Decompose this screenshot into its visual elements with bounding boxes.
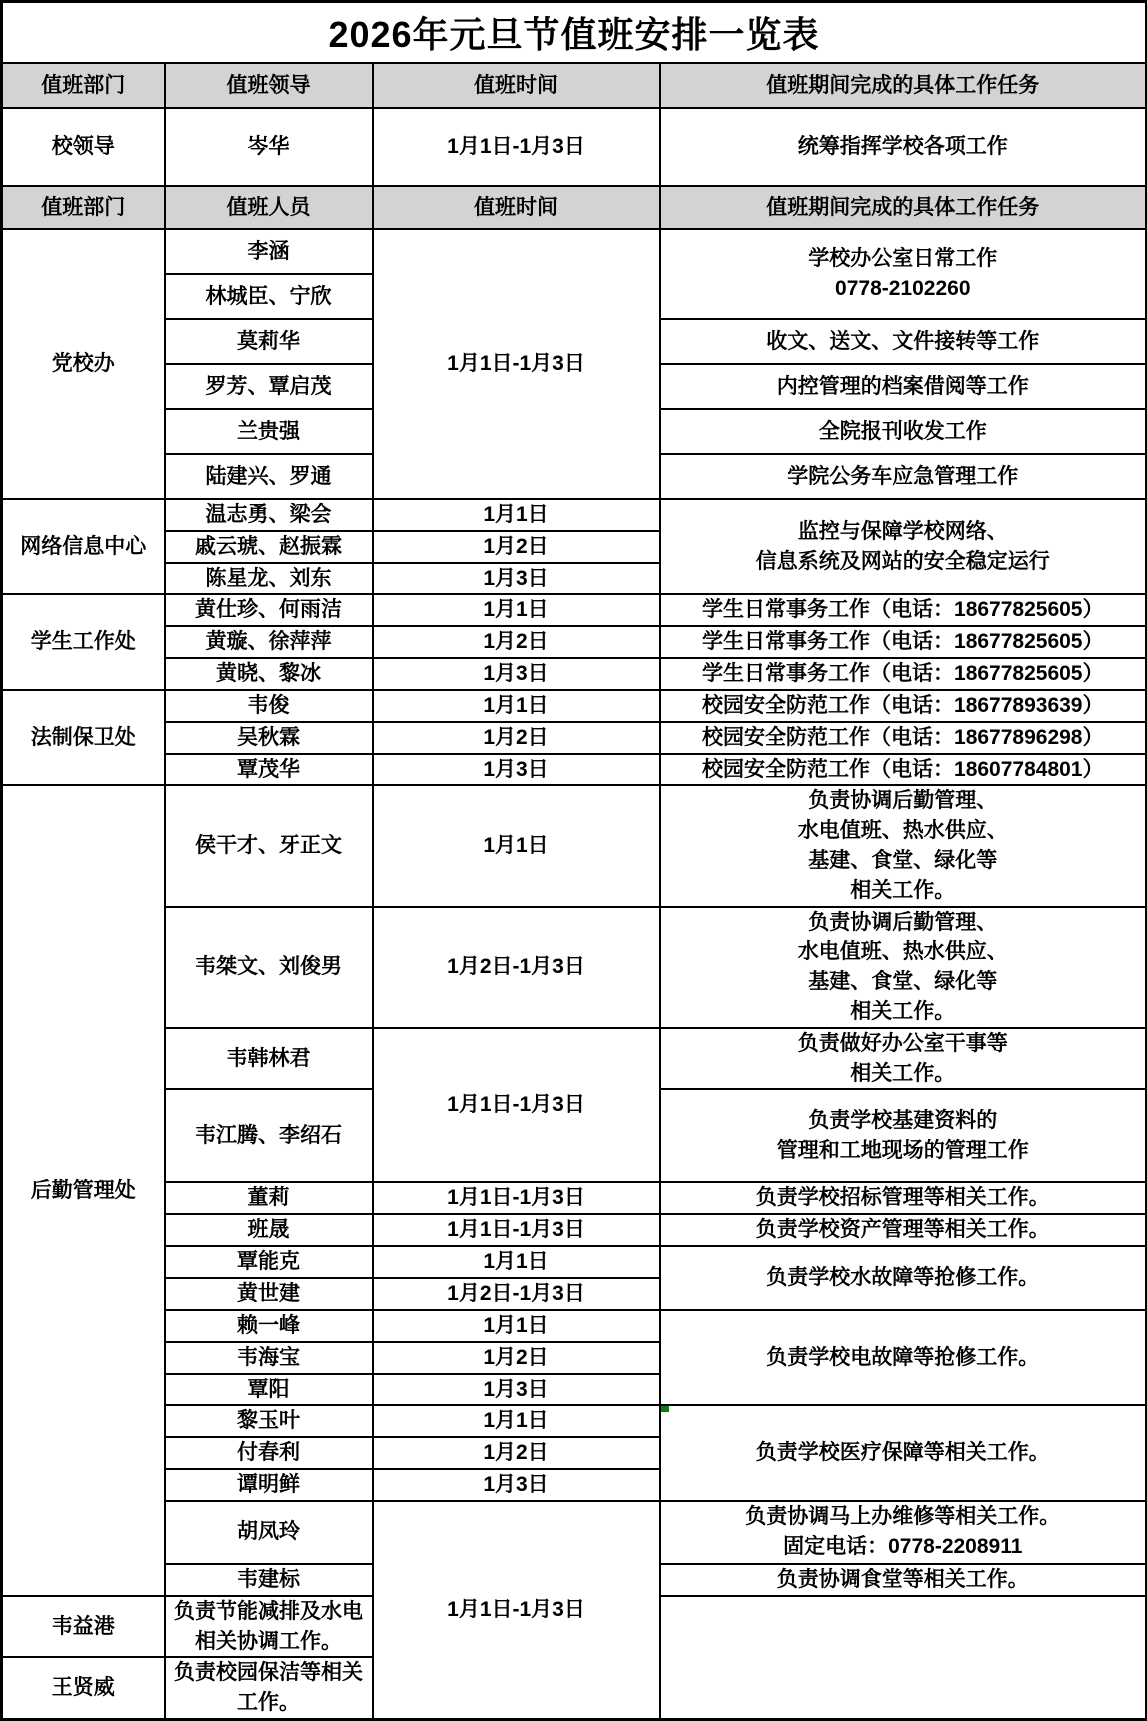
person-cell: 董莉 bbox=[165, 1182, 373, 1214]
task-cell: 负责做好办公室干事等 相关工作。 bbox=[660, 1028, 1147, 1090]
task-cell: 内控管理的档案借阅等工作 bbox=[660, 364, 1147, 409]
person-text: 董莉 bbox=[248, 1183, 290, 1213]
time-text: 值班时间 bbox=[474, 193, 558, 223]
person-text: 覃茂华 bbox=[237, 755, 300, 785]
person-cell: 胡凤玲 bbox=[165, 1501, 373, 1564]
task-text: 学校办公室日常工作 0778-2102260 bbox=[808, 244, 997, 304]
dept-cell: 后勤管理处 bbox=[2, 785, 165, 1595]
table-row: 黄璇、徐萍萍1月2日学生日常事务工作（电话：18677825605） bbox=[2, 626, 1147, 658]
person-text: 王贤威 bbox=[52, 1673, 115, 1703]
header-task-cell: 值班期间完成的具体工作任务 bbox=[660, 186, 1147, 229]
person-text: 罗芳、覃启茂 bbox=[206, 372, 332, 402]
dept-text: 学生工作处 bbox=[31, 627, 136, 657]
person-cell: 黎玉叶 bbox=[165, 1405, 373, 1437]
task-cell: 负责节能减排及水电相关协调工作。 bbox=[165, 1596, 373, 1658]
time-text: 1月3日 bbox=[483, 659, 548, 689]
person-cell: 韦韩林君 bbox=[165, 1028, 373, 1090]
time-cell: 1月1日-1月3日 bbox=[373, 1501, 660, 1720]
header-dept-cell: 值班部门 bbox=[2, 186, 165, 229]
dept-text: 后勤管理处 bbox=[31, 1176, 136, 1206]
header-person-cell: 值班人员 bbox=[165, 186, 373, 229]
time-cell: 1月2日 bbox=[373, 1342, 660, 1374]
person-text: 韦桀文、刘俊男 bbox=[195, 952, 342, 982]
time-cell: 1月2日 bbox=[373, 1437, 660, 1469]
dept-cell: 学生工作处 bbox=[2, 594, 165, 689]
time-text: 1月3日 bbox=[483, 564, 548, 594]
time-cell: 1月1日 bbox=[373, 785, 660, 906]
task-text: 负责节能减排及水电相关协调工作。 bbox=[169, 1597, 369, 1657]
time-cell: 1月1日 bbox=[373, 1405, 660, 1437]
task-text: 校园安全防范工作（电话：18677896298） bbox=[702, 723, 1103, 753]
person-text: 戚云琥、赵振霖 bbox=[195, 532, 342, 562]
person-text: 韦海宝 bbox=[237, 1343, 300, 1373]
dept-cell: 校领导 bbox=[2, 108, 165, 186]
table-row: 覃茂华1月3日校园安全防范工作（电话：18607784801） bbox=[2, 754, 1147, 786]
person-text: 赖一峰 bbox=[237, 1311, 300, 1341]
table-row: 党校办李涵1月1日-1月3日学校办公室日常工作 0778-2102260 bbox=[2, 229, 1147, 274]
time-text: 1月2日-1月3日 bbox=[447, 952, 585, 982]
person-cell: 黄世建 bbox=[165, 1278, 373, 1310]
dept-text: 党校办 bbox=[52, 349, 115, 379]
dept-text: 校领导 bbox=[52, 132, 115, 162]
table-row: 后勤管理处侯干才、牙正文1月1日负责协调后勤管理、 水电值班、热水供应、 基建、… bbox=[2, 785, 1147, 906]
task-cell: 负责校园保洁等相关工作。 bbox=[165, 1657, 373, 1719]
duty-table: 2026年元旦节值班安排一览表 值班部门值班领导值班时间值班期间完成的具体工作任… bbox=[0, 0, 1147, 1721]
task-text: 负责协调后勤管理、 水电值班、热水供应、 基建、食堂、绿化等 相关工作。 bbox=[798, 908, 1008, 1027]
task-cell: 负责学校基建资料的 管理和工地现场的管理工作 bbox=[660, 1089, 1147, 1182]
task-cell: 负责学校招标管理等相关工作。 bbox=[660, 1182, 1147, 1214]
task-text: 学生日常事务工作（电话：18677825605） bbox=[702, 659, 1103, 689]
time-cell: 1月1日-1月3日 bbox=[373, 1182, 660, 1214]
task-text: 负责学校基建资料的 管理和工地现场的管理工作 bbox=[777, 1106, 1029, 1166]
duty-schedule-sheet: 2026年元旦节值班安排一览表 值班部门值班领导值班时间值班期间完成的具体工作任… bbox=[0, 0, 1147, 1721]
person-cell: 班晟 bbox=[165, 1214, 373, 1246]
time-text: 1月1日 bbox=[483, 500, 548, 530]
comment-marker-icon bbox=[660, 1405, 669, 1412]
person-cell: 黄璇、徐萍萍 bbox=[165, 626, 373, 658]
task-cell: 校园安全防范工作（电话：18607784801） bbox=[660, 754, 1147, 786]
time-text: 1月1日 bbox=[483, 1247, 548, 1277]
person-text: 胡凤玲 bbox=[237, 1517, 300, 1547]
task-text: 学生日常事务工作（电话：18677825605） bbox=[702, 595, 1103, 625]
person-cell: 温志勇、梁会 bbox=[165, 499, 373, 531]
person-cell: 黄仕珍、何雨洁 bbox=[165, 594, 373, 626]
person-cell: 黄晓、黎冰 bbox=[165, 658, 373, 690]
person-cell: 谭明鲜 bbox=[165, 1469, 373, 1501]
task-cell: 负责学校水故障等抢修工作。 bbox=[660, 1246, 1147, 1310]
person-text: 岑华 bbox=[248, 132, 290, 162]
person-text: 莫莉华 bbox=[237, 327, 300, 357]
person-cell: 吴秋霖 bbox=[165, 722, 373, 754]
person-cell: 陆建兴、罗通 bbox=[165, 454, 373, 499]
time-cell: 1月3日 bbox=[373, 563, 660, 595]
header-dept-cell: 值班部门 bbox=[2, 63, 165, 108]
person-text: 班晟 bbox=[248, 1215, 290, 1245]
time-cell: 1月3日 bbox=[373, 658, 660, 690]
time-cell: 1月2日 bbox=[373, 722, 660, 754]
time-cell: 1月1日-1月3日 bbox=[373, 1214, 660, 1246]
title-row: 2026年元旦节值班安排一览表 bbox=[2, 2, 1147, 64]
person-text: 黎玉叶 bbox=[237, 1406, 300, 1436]
time-text: 1月2日 bbox=[483, 1438, 548, 1468]
task-text: 负责协调食堂等相关工作。 bbox=[777, 1565, 1029, 1595]
person-cell: 韦建标 bbox=[165, 1564, 373, 1596]
person-cell: 韦益港 bbox=[2, 1596, 165, 1658]
header-row: 值班部门值班领导值班时间值班期间完成的具体工作任务 bbox=[2, 63, 1147, 108]
person-text: 值班领导 bbox=[227, 71, 311, 101]
person-cell: 赖一峰 bbox=[165, 1310, 373, 1342]
table-row: 吴秋霖1月2日校园安全防范工作（电话：18677896298） bbox=[2, 722, 1147, 754]
person-text: 黄仕珍、何雨洁 bbox=[195, 595, 342, 625]
person-cell: 韦桀文、刘俊男 bbox=[165, 907, 373, 1028]
person-cell: 岑华 bbox=[165, 108, 373, 186]
task-cell: 收文、送文、文件接转等工作 bbox=[660, 319, 1147, 364]
table-row: 覃能克1月1日负责学校水故障等抢修工作。 bbox=[2, 1246, 1147, 1278]
person-cell: 陈星龙、刘东 bbox=[165, 563, 373, 595]
task-text: 负责校园保洁等相关工作。 bbox=[169, 1658, 369, 1718]
person-text: 韦俊 bbox=[248, 691, 290, 721]
time-text: 1月3日 bbox=[483, 755, 548, 785]
task-text: 学院公务车应急管理工作 bbox=[787, 462, 1018, 492]
task-cell: 负责协调马上办维修等相关工作。 固定电话：0778-2208911 bbox=[660, 1501, 1147, 1564]
person-cell: 罗芳、覃启茂 bbox=[165, 364, 373, 409]
person-text: 林城臣、宁欣 bbox=[206, 282, 332, 312]
dept-text: 法制保卫处 bbox=[31, 723, 136, 753]
person-text: 黄世建 bbox=[237, 1279, 300, 1309]
person-text: 陆建兴、罗通 bbox=[206, 462, 332, 492]
time-cell: 1月1日 bbox=[373, 690, 660, 722]
task-text: 校园安全防范工作（电话：18677893639） bbox=[702, 691, 1103, 721]
time-text: 1月1日-1月3日 bbox=[447, 1183, 585, 1213]
task-cell: 学院公务车应急管理工作 bbox=[660, 454, 1147, 499]
header-time-cell: 值班时间 bbox=[373, 63, 660, 108]
task-text: 值班期间完成的具体工作任务 bbox=[766, 71, 1039, 101]
person-cell: 韦俊 bbox=[165, 690, 373, 722]
time-text: 1月1日-1月3日 bbox=[447, 1090, 585, 1120]
time-text: 1月1日-1月3日 bbox=[447, 1215, 585, 1245]
time-cell: 1月3日 bbox=[373, 1469, 660, 1501]
task-cell: 负责学校医疗保障等相关工作。 bbox=[660, 1405, 1147, 1500]
person-text: 韦益港 bbox=[52, 1612, 115, 1642]
task-cell: 负责协调食堂等相关工作。 bbox=[660, 1564, 1147, 1596]
task-text: 负责学校招标管理等相关工作。 bbox=[756, 1183, 1050, 1213]
table-row: 董莉1月1日-1月3日负责学校招标管理等相关工作。 bbox=[2, 1182, 1147, 1214]
table-row: 黄晓、黎冰1月3日学生日常事务工作（电话：18677825605） bbox=[2, 658, 1147, 690]
person-cell: 韦江腾、李绍石 bbox=[165, 1089, 373, 1182]
person-text: 侯干才、牙正文 bbox=[195, 831, 342, 861]
person-cell: 莫莉华 bbox=[165, 319, 373, 364]
person-text: 韦建标 bbox=[237, 1565, 300, 1595]
table-row: 胡凤玲1月1日-1月3日负责协调马上办维修等相关工作。 固定电话：0778-22… bbox=[2, 1501, 1147, 1564]
time-cell: 1月1日 bbox=[373, 1310, 660, 1342]
header-person-cell: 值班领导 bbox=[165, 63, 373, 108]
time-text: 1月2日 bbox=[483, 1343, 548, 1373]
task-cell: 校园安全防范工作（电话：18677893639） bbox=[660, 690, 1147, 722]
dept-text: 值班部门 bbox=[41, 71, 125, 101]
time-cell: 1月2日 bbox=[373, 531, 660, 563]
time-text: 1月1日 bbox=[483, 595, 548, 625]
time-cell: 1月1日-1月3日 bbox=[373, 229, 660, 499]
time-text: 1月2日-1月3日 bbox=[447, 1279, 585, 1309]
task-cell: 监控与保障学校网络、 信息系统及网站的安全稳定运行 bbox=[660, 499, 1147, 594]
task-text: 负责学校资产管理等相关工作。 bbox=[756, 1215, 1050, 1245]
person-cell: 韦海宝 bbox=[165, 1342, 373, 1374]
person-cell: 覃能克 bbox=[165, 1246, 373, 1278]
task-text: 收文、送文、文件接转等工作 bbox=[766, 327, 1039, 357]
dept-text: 网络信息中心 bbox=[20, 532, 146, 562]
task-cell: 负责协调后勤管理、 水电值班、热水供应、 基建、食堂、绿化等 相关工作。 bbox=[660, 907, 1147, 1028]
task-cell: 统筹指挥学校各项工作 bbox=[660, 108, 1147, 186]
person-cell: 戚云琥、赵振霖 bbox=[165, 531, 373, 563]
task-text: 校园安全防范工作（电话：18607784801） bbox=[702, 755, 1103, 785]
table-row: 校领导岑华1月1日-1月3日统筹指挥学校各项工作 bbox=[2, 108, 1147, 186]
time-cell: 1月1日 bbox=[373, 1246, 660, 1278]
person-cell: 覃阳 bbox=[165, 1374, 373, 1406]
time-cell: 1月3日 bbox=[373, 1374, 660, 1406]
time-text: 1月1日 bbox=[483, 831, 548, 861]
person-text: 黄璇、徐萍萍 bbox=[206, 627, 332, 657]
task-text: 值班期间完成的具体工作任务 bbox=[766, 193, 1039, 223]
person-cell: 侯干才、牙正文 bbox=[165, 785, 373, 906]
table-row: 韦韩林君1月1日-1月3日负责做好办公室干事等 相关工作。 bbox=[2, 1028, 1147, 1090]
time-text: 1月3日 bbox=[483, 1375, 548, 1405]
time-cell: 1月2日-1月3日 bbox=[373, 1278, 660, 1310]
page-title: 2026年元旦节值班安排一览表 bbox=[2, 2, 1147, 64]
header-time-cell: 值班时间 bbox=[373, 186, 660, 229]
person-cell: 覃茂华 bbox=[165, 754, 373, 786]
task-cell: 负责协调后勤管理、 水电值班、热水供应、 基建、食堂、绿化等 相关工作。 bbox=[660, 785, 1147, 906]
task-cell: 校园安全防范工作（电话：18677896298） bbox=[660, 722, 1147, 754]
person-text: 温志勇、梁会 bbox=[206, 500, 332, 530]
time-cell: 1月1日 bbox=[373, 594, 660, 626]
task-cell: 负责学校电故障等抢修工作。 bbox=[660, 1310, 1147, 1406]
task-cell: 负责学校资产管理等相关工作。 bbox=[660, 1214, 1147, 1246]
task-text: 内控管理的档案借阅等工作 bbox=[777, 372, 1029, 402]
time-text: 1月2日 bbox=[483, 532, 548, 562]
time-text: 1月1日 bbox=[483, 1406, 548, 1436]
dept-cell: 党校办 bbox=[2, 229, 165, 499]
person-text: 吴秋霖 bbox=[237, 723, 300, 753]
header-task-cell: 值班期间完成的具体工作任务 bbox=[660, 63, 1147, 108]
time-text: 1月1日 bbox=[483, 691, 548, 721]
time-text: 值班时间 bbox=[474, 71, 558, 101]
time-cell: 1月2日-1月3日 bbox=[373, 907, 660, 1028]
table-row: 韦桀文、刘俊男1月2日-1月3日负责协调后勤管理、 水电值班、热水供应、 基建、… bbox=[2, 907, 1147, 1028]
time-cell: 1月2日 bbox=[373, 626, 660, 658]
time-cell: 1月1日-1月3日 bbox=[373, 108, 660, 186]
time-text: 1月1日-1月3日 bbox=[447, 132, 585, 162]
person-text: 覃阳 bbox=[248, 1375, 290, 1405]
dept-cell: 网络信息中心 bbox=[2, 499, 165, 594]
time-cell: 1月3日 bbox=[373, 754, 660, 786]
person-text: 谭明鲜 bbox=[237, 1470, 300, 1500]
time-cell: 1月1日 bbox=[373, 499, 660, 531]
task-text: 全院报刊收发工作 bbox=[819, 417, 987, 447]
person-text: 兰贵强 bbox=[237, 417, 300, 447]
table-row: 班晟1月1日-1月3日负责学校资产管理等相关工作。 bbox=[2, 1214, 1147, 1246]
task-text: 学生日常事务工作（电话：18677825605） bbox=[702, 627, 1103, 657]
person-cell: 王贤威 bbox=[2, 1657, 165, 1719]
header-row: 值班部门值班人员值班时间值班期间完成的具体工作任务 bbox=[2, 186, 1147, 229]
dept-text: 值班部门 bbox=[41, 193, 125, 223]
task-text: 负责学校医疗保障等相关工作。 bbox=[756, 1438, 1050, 1468]
task-text: 负责协调马上办维修等相关工作。 固定电话：0778-2208911 bbox=[745, 1502, 1060, 1562]
task-text: 负责协调后勤管理、 水电值班、热水供应、 基建、食堂、绿化等 相关工作。 bbox=[798, 786, 1008, 905]
table-row: 学生工作处黄仕珍、何雨洁1月1日学生日常事务工作（电话：18677825605） bbox=[2, 594, 1147, 626]
task-text: 统筹指挥学校各项工作 bbox=[798, 132, 1008, 162]
time-text: 1月2日 bbox=[483, 723, 548, 753]
time-text: 1月1日 bbox=[483, 1311, 548, 1341]
person-text: 黄晓、黎冰 bbox=[216, 659, 321, 689]
time-text: 1月3日 bbox=[483, 1470, 548, 1500]
time-text: 1月1日-1月3日 bbox=[447, 349, 585, 379]
time-cell: 1月1日-1月3日 bbox=[373, 1028, 660, 1183]
task-cell: 学校办公室日常工作 0778-2102260 bbox=[660, 229, 1147, 319]
table-row: 黎玉叶1月1日负责学校医疗保障等相关工作。 bbox=[2, 1405, 1147, 1437]
person-cell: 林城臣、宁欣 bbox=[165, 274, 373, 319]
task-cell: 学生日常事务工作（电话：18677825605） bbox=[660, 594, 1147, 626]
table-row: 赖一峰1月1日负责学校电故障等抢修工作。 bbox=[2, 1310, 1147, 1342]
person-cell: 付春利 bbox=[165, 1437, 373, 1469]
person-text: 陈星龙、刘东 bbox=[206, 564, 332, 594]
task-cell: 全院报刊收发工作 bbox=[660, 409, 1147, 454]
dept-cell: 法制保卫处 bbox=[2, 690, 165, 785]
person-text: 值班人员 bbox=[227, 193, 311, 223]
table-row: 法制保卫处韦俊1月1日校园安全防范工作（电话：18677893639） bbox=[2, 690, 1147, 722]
person-cell: 李涵 bbox=[165, 229, 373, 274]
task-text: 负责学校水故障等抢修工作。 bbox=[766, 1263, 1039, 1293]
person-text: 付春利 bbox=[237, 1438, 300, 1468]
task-text: 负责学校电故障等抢修工作。 bbox=[766, 1343, 1039, 1373]
person-text: 李涵 bbox=[248, 237, 290, 267]
person-text: 韦韩林君 bbox=[227, 1044, 311, 1074]
task-text: 监控与保障学校网络、 信息系统及网站的安全稳定运行 bbox=[756, 517, 1050, 577]
task-cell: 学生日常事务工作（电话：18677825605） bbox=[660, 658, 1147, 690]
table-row: 网络信息中心温志勇、梁会1月1日监控与保障学校网络、 信息系统及网站的安全稳定运… bbox=[2, 499, 1147, 531]
task-cell: 学生日常事务工作（电话：18677825605） bbox=[660, 626, 1147, 658]
person-text: 韦江腾、李绍石 bbox=[195, 1121, 342, 1151]
person-cell: 兰贵强 bbox=[165, 409, 373, 454]
time-text: 1月2日 bbox=[483, 627, 548, 657]
task-text: 负责做好办公室干事等 相关工作。 bbox=[798, 1029, 1008, 1089]
time-text: 1月1日-1月3日 bbox=[447, 1595, 585, 1625]
person-text: 覃能克 bbox=[237, 1247, 300, 1277]
